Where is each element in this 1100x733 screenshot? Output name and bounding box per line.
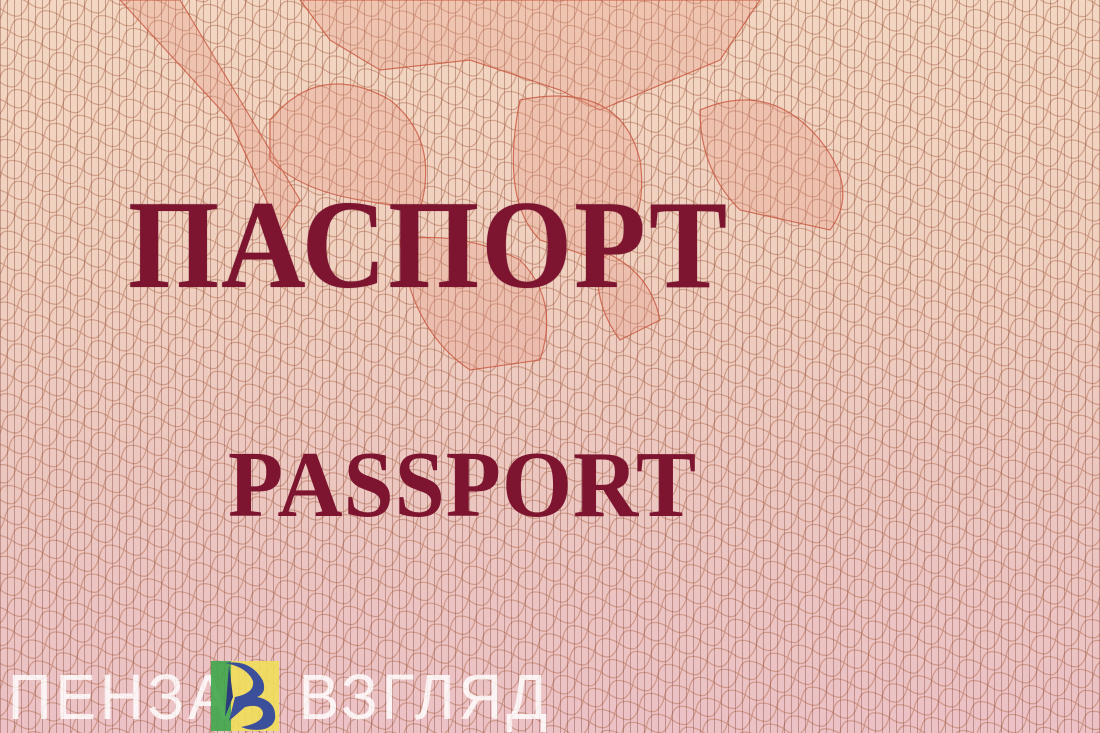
watermark-left-text: ПЕНЗА [8,665,232,729]
coat-of-arms-eagle-icon [0,0,1100,733]
passport-page: ПАСПОРТ PASSPORT ПЕНЗА ВЗГЛЯД [0,0,1100,733]
passport-title-russian: ПАСПОРТ [128,183,807,309]
watermark: ПЕНЗА ВЗГЛЯД [0,653,560,733]
watermark-right-text: ВЗГЛЯД [299,665,552,729]
passport-title-english: PASSPORT [228,438,804,532]
pen-swallow-logo-icon [211,657,281,733]
